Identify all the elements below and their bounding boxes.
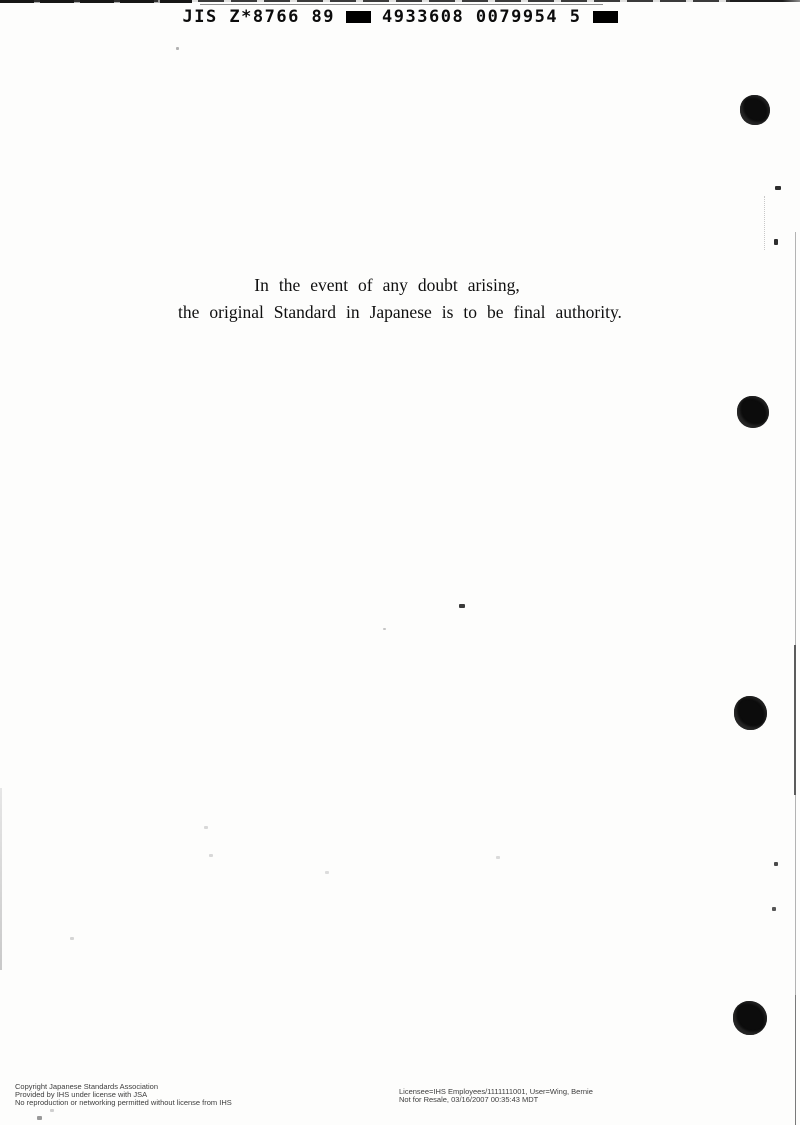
scan-speck xyxy=(774,239,778,245)
scan-speck xyxy=(775,186,781,190)
scan-speck xyxy=(774,862,778,866)
scan-speck xyxy=(496,856,500,859)
scan-speck xyxy=(383,628,386,630)
catalog-number: 4933608 0079954 5 xyxy=(382,7,582,27)
header-code-line: JIS Z*8766 89 4933608 0079954 5 xyxy=(0,7,800,27)
right-scan-edge-line-dark xyxy=(795,995,796,1125)
punch-hole-dot xyxy=(737,396,769,428)
no-reproduction-line: No reproduction or networking permitted … xyxy=(15,1099,232,1107)
punch-hole-dot xyxy=(733,1001,767,1035)
punch-hole-dot xyxy=(734,696,767,730)
right-scan-edge-line-dark xyxy=(794,645,796,795)
standard-code: JIS Z*8766 89 xyxy=(182,7,335,27)
header-rule-line xyxy=(200,4,603,5)
top-scan-edge-left-segment xyxy=(0,0,192,3)
separator-block-icon xyxy=(593,11,618,23)
scan-speck xyxy=(37,1116,42,1120)
scan-speck xyxy=(204,826,208,829)
scan-speck xyxy=(70,937,74,940)
left-scan-edge-strip xyxy=(0,788,2,970)
punch-hole-dot xyxy=(740,95,770,125)
not-for-resale-line: Not for Resale, 03/16/2007 00:35:43 MDT xyxy=(399,1096,593,1104)
scan-speck xyxy=(209,854,213,857)
statement-line-2: the original Standard in Japanese is to … xyxy=(0,299,800,326)
separator-block-icon xyxy=(346,11,371,23)
scan-speck xyxy=(459,604,465,608)
statement-line-1: In the event of any doubt arising, xyxy=(0,272,787,299)
scan-speck xyxy=(50,1109,54,1112)
scanned-document-page: JIS Z*8766 89 4933608 0079954 5 In the e… xyxy=(0,0,800,1125)
scan-speck xyxy=(325,871,329,874)
scan-speck xyxy=(772,907,776,911)
top-scan-edge-right-segment xyxy=(730,0,800,2)
scan-speck xyxy=(176,47,179,50)
disclaimer-statement: In the event of any doubt arising, the o… xyxy=(0,272,800,326)
license-footer: Licensee=IHS Employees/1111111001, User=… xyxy=(399,1088,593,1104)
copyright-footer: Copyright Japanese Standards Association… xyxy=(15,1083,232,1107)
right-scan-edge-dotted-line xyxy=(764,196,765,250)
